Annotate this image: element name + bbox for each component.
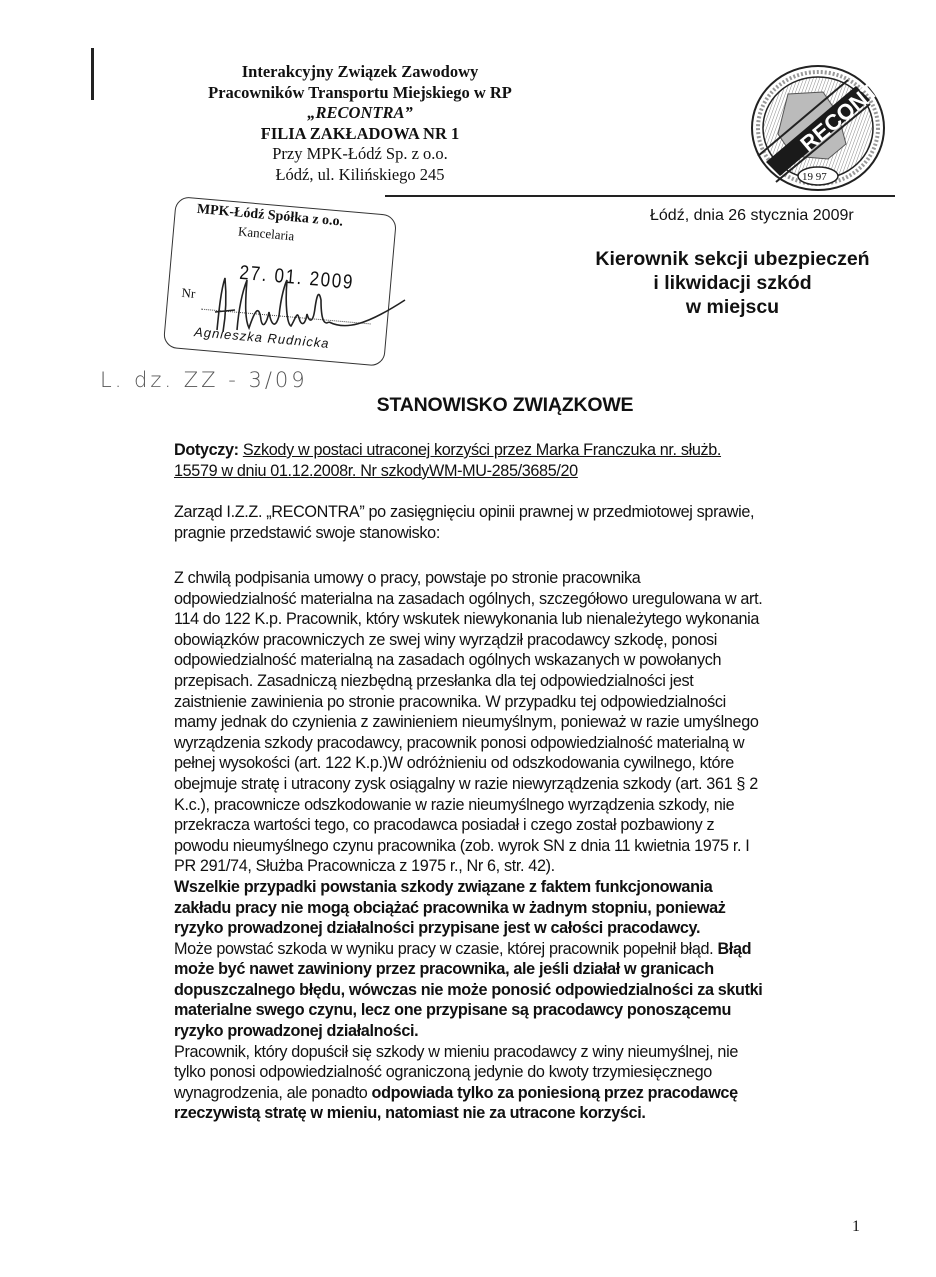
body-text-bold: ryzyko prowadzonej działalności przypisa… (174, 919, 700, 937)
body-text-bold: ryzyko prowadzonej działalności. (174, 1022, 418, 1040)
body-line: wynagrodzenia, ale ponadto odpowiada tyl… (174, 1083, 864, 1104)
body-line: tylko ponosi odpowiedzialność ograniczon… (174, 1062, 864, 1083)
body-line: Wszelkie przypadki powstania szkody zwią… (174, 877, 864, 898)
body-text-bold: materialne swego czynu, lecz one przypis… (174, 1001, 731, 1019)
body-line: dopuszczalnego błędu, wówczas nie może p… (174, 980, 864, 1001)
body-line: przepisach. Zasadniczą niezbędną przesła… (174, 671, 864, 692)
addressee-line-3: w miejscu (575, 295, 890, 319)
body-text: obejmuje stratę i utracony zysk osiągaln… (174, 775, 758, 793)
body-text-bold: rzeczywistą stratę w mieniu, natomiast n… (174, 1104, 646, 1122)
stamp-nr-label: Nr (181, 285, 196, 302)
addressee-line-2: i likwidacji szkód (575, 271, 890, 295)
signature-icon (195, 260, 415, 350)
body-line: może być nawet zawiniony przez pracownik… (174, 959, 864, 980)
body-line: rzeczywistą stratę w mieniu, natomiast n… (174, 1103, 864, 1124)
letterhead-address: Łódź, ul. Kilińskiego 245 (160, 165, 560, 186)
addressee-line-1: Kierownik sekcji ubezpieczeń (575, 247, 890, 271)
body-text: wynagrodzenia, ale ponadto (174, 1084, 372, 1102)
logo-year: 19 97 (802, 171, 827, 183)
letterhead-company: Przy MPK-Łódź Sp. z o.o. (160, 144, 560, 165)
body-text-bold: Wszelkie przypadki powstania szkody zwią… (174, 878, 712, 896)
body-line: PR 291/74, Służba Pracownicza z 1975 r.,… (174, 856, 864, 877)
body-line: obejmuje stratę i utracony zysk osiągaln… (174, 774, 864, 795)
body-text: zaistnienie zawinienia po stronie pracow… (174, 693, 726, 711)
body-text: przepisach. Zasadniczą niezbędną przesła… (174, 672, 693, 690)
body-line: K.c.), pracownicze odszkodowanie w razie… (174, 795, 864, 816)
body-text: wyrządzenia szkody pracodawcy, pracownik… (174, 734, 744, 752)
body-text: K.c.), pracownicze odszkodowanie w razie… (174, 796, 734, 814)
body-line: Pracownik, który dopuścił się szkody w m… (174, 1042, 864, 1063)
body-line: odpowiedzialność materialna na zasadach … (174, 589, 864, 610)
subject-block: Dotyczy: Szkody w postaci utraconej korz… (174, 440, 864, 481)
body-text: mamy jednak do czynienia z zawinieniem n… (174, 713, 759, 731)
body-line: pełnej wysokości (art. 122 K.p.)W odróżn… (174, 753, 864, 774)
document-title: STANOWISKO ZWIĄZKOWE (170, 394, 840, 417)
addressee: Kierownik sekcji ubezpieczeń i likwidacj… (575, 247, 890, 319)
body-line: materialne swego czynu, lecz one przypis… (174, 1000, 864, 1021)
intro-line-1: Zarząd I.Z.Z. „RECONTRA” po zasięgnięciu… (174, 502, 864, 523)
body-text: powodu nieumyślnego czynu pracownika (zo… (174, 837, 749, 855)
intro-line-2: pragnie przedstawić swoje stanowisko: (174, 523, 864, 544)
intro-paragraph: Zarząd I.Z.Z. „RECONTRA” po zasięgnięciu… (174, 502, 864, 543)
body-text: PR 291/74, Służba Pracownicza z 1975 r.,… (174, 857, 555, 875)
subject-text-1: Szkody w postaci utraconej korzyści prze… (243, 441, 721, 459)
subject-text-2: 15579 w dniu 01.12.2008r. Nr szkodyWM-MU… (174, 461, 864, 482)
body-line: wyrządzenia szkody pracodawcy, pracownik… (174, 733, 864, 754)
document-date: Łódź, dnia 26 stycznia 2009r (650, 207, 854, 225)
body-line: mamy jednak do czynienia z zawinieniem n… (174, 712, 864, 733)
body-line: Może powstać szkoda w wyniku pracy w cza… (174, 939, 864, 960)
letterhead: Interakcyjny Związek Zawodowy Pracownikó… (160, 62, 560, 185)
body-text: Może powstać szkoda w wyniku pracy w cza… (174, 940, 717, 958)
position-statement-body: Z chwilą podpisania umowy o pracy, powst… (174, 568, 864, 1124)
union-emblem-icon: RECONTRA 19 97 (748, 64, 888, 196)
body-text-bold: odpowiada tylko za poniesioną przez prac… (372, 1084, 738, 1102)
body-line: Z chwilą podpisania umowy o pracy, powst… (174, 568, 864, 589)
body-line: ryzyko prowadzonej działalności. (174, 1021, 864, 1042)
body-line: 114 do 122 K.p. Pracownik, który wskutek… (174, 609, 864, 630)
subject-label: Dotyczy: (174, 441, 239, 459)
body-line: obowiązków pracowniczych ze swej winy wy… (174, 630, 864, 651)
body-line: zakładu pracy nie mogą obciążać pracowni… (174, 898, 864, 919)
letterhead-union-name: Interakcyjny Związek Zawodowy (160, 62, 560, 83)
page-number: 1 (852, 1218, 860, 1236)
header-rule (385, 195, 895, 197)
body-text-bold: dopuszczalnego błędu, wówczas nie może p… (174, 981, 762, 999)
body-text-bold: zakładu pracy nie mogą obciążać pracowni… (174, 899, 726, 917)
letterhead-union-name-2: Pracowników Transportu Miejskiego w RP (160, 83, 560, 104)
letterhead-branch: FILIA ZAKŁADOWA NR 1 (160, 124, 560, 145)
body-text-bold: Błąd (717, 940, 751, 958)
body-text-bold: może być nawet zawiniony przez pracownik… (174, 960, 714, 978)
margin-mark (91, 48, 94, 100)
body-text: Z chwilą podpisania umowy o pracy, powst… (174, 569, 640, 587)
body-line: przekracza wartości tego, co pracodawca … (174, 815, 864, 836)
body-text: obowiązków pracowniczych ze swej winy wy… (174, 631, 717, 649)
body-line: odpowiedzialność materialną na zasadach … (174, 650, 864, 671)
body-text: Pracownik, który dopuścił się szkody w m… (174, 1043, 738, 1061)
body-text: odpowiedzialność materialna na zasadach … (174, 590, 762, 608)
body-line: ryzyko prowadzonej działalności przypisa… (174, 918, 864, 939)
body-text: odpowiedzialność materialną na zasadach … (174, 651, 721, 669)
handwritten-registry-number: L. dz. ZZ - 3/09 (100, 368, 308, 392)
body-text: tylko ponosi odpowiedzialność ograniczon… (174, 1063, 712, 1081)
body-text: 114 do 122 K.p. Pracownik, który wskutek… (174, 610, 759, 628)
body-line: zaistnienie zawinienia po stronie pracow… (174, 692, 864, 713)
body-text: pełnej wysokości (art. 122 K.p.)W odróżn… (174, 754, 734, 772)
body-line: powodu nieumyślnego czynu pracownika (zo… (174, 836, 864, 857)
letterhead-brand: „RECONTRA” (160, 103, 560, 124)
body-text: przekracza wartości tego, co pracodawca … (174, 816, 714, 834)
